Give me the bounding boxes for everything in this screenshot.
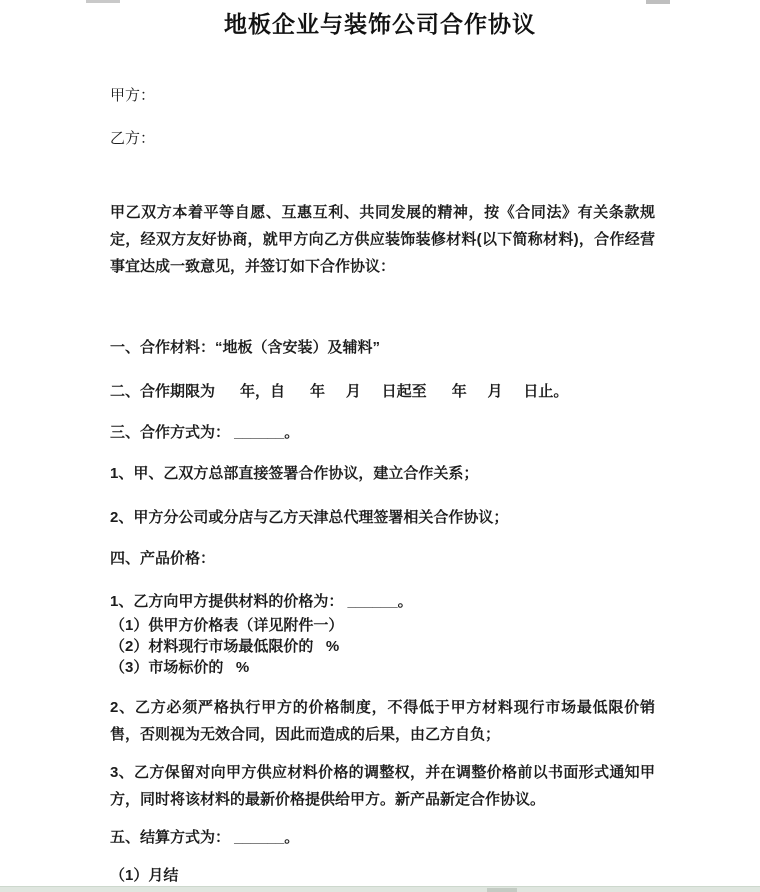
section-1-heading: 一、合作材料：“地板（含安装）及辅料” <box>110 338 380 357</box>
section-4-item-2: 2、乙方必须严格执行甲方的价格制度，不得低于甲方材料现行市场最低限价销售，否则视… <box>110 694 655 748</box>
horizontal-scrollbar[interactable] <box>0 886 760 892</box>
party-a-line: 甲方： <box>110 86 155 105</box>
section-4-item-1-option-2: （2）材料现行市场最低限价的 % <box>110 637 339 656</box>
section-4-item-1-option-1: （1）供甲方价格表（详见附件一） <box>110 616 343 635</box>
section-3-heading: 三、合作方式为： ______。 <box>110 423 299 442</box>
scrollbar-thumb[interactable] <box>487 888 517 892</box>
intro-paragraph: 甲乙双方本着平等自愿、互惠互利、共同发展的精神，按《合同法》有关条款规定，经双方… <box>110 199 655 280</box>
document-title: 地板企业与装饰公司合作协议 <box>0 6 760 39</box>
section-4-item-1: 1、乙方向甲方提供材料的价格为： ______。 <box>110 592 413 611</box>
section-3-item-2: 2、甲方分公司或分店与乙方天津总代理签署相关合作协议； <box>110 508 508 527</box>
section-4-item-1-option-3: （3）市场标价的 % <box>110 658 249 677</box>
section-3-item-1: 1、甲、乙双方总部直接签署合作协议，建立合作关系； <box>110 464 478 483</box>
section-4-item-3: 3、乙方保留对向甲方供应材料价格的调整权，并在调整价格前以书面形式通知甲方，同时… <box>110 759 655 813</box>
section-5-item-1: （1）月结 <box>110 866 178 885</box>
section-4-heading: 四、产品价格： <box>110 549 215 568</box>
top-edge-artifact-right <box>646 0 670 4</box>
party-b-line: 乙方： <box>110 129 155 148</box>
top-edge-artifact-left <box>86 0 120 3</box>
section-2-heading: 二、合作期限为 年，自 年 月 日起至 年 月 日止。 <box>110 382 568 401</box>
contract-document-page: 地板企业与装饰公司合作协议 甲方： 乙方： 甲乙双方本着平等自愿、互惠互利、共同… <box>0 0 760 892</box>
section-5-heading: 五、结算方式为： ______。 <box>110 828 299 847</box>
